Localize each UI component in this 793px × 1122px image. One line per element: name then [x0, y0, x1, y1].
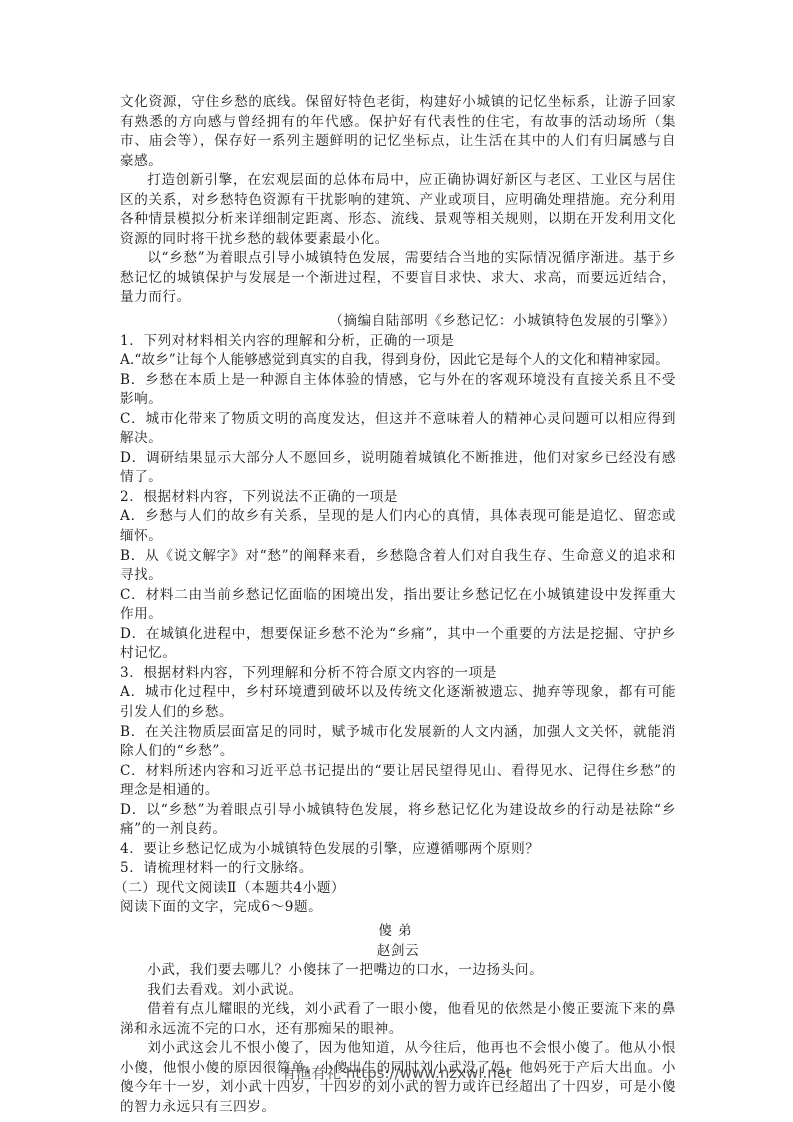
story-author: 赵剑云 [120, 942, 676, 962]
material-paragraph-3: 以“乡愁”为着眼点引导小城镇特色发展，需要结合当地的实际情况循序渐进。基于乡愁记… [120, 249, 676, 308]
story-paragraph-3: 借着有点儿耀眼的光线，刘小武看了一眼小傻，他看见的依然是小傻正要流下来的鼻涕和永… [120, 1000, 676, 1039]
question-4: 4．要让乡愁记忆成为小城镇特色发展的引擎，应遵循哪两个原则？ [120, 840, 676, 860]
citation: （摘编自陆部明《乡愁记忆：小城镇特色发展的引擎》） [120, 312, 676, 332]
option-c: C．材料二由当前乡愁记忆面临的困境出发，指出要让乡愁记忆在小城镇建设中发挥重大作… [120, 586, 676, 625]
option-c: C．城市化带来了物质文明的高度发达，但这并不意味着人的精神心灵问题可以相应得到解… [120, 410, 676, 449]
section-heading: （二）现代文阅读Ⅱ（本题共4小题） [114, 879, 676, 899]
material-paragraph-2: 打造创新引擎，在宏观层面的总体布局中，应正确协调好新区与老区、工业区与居住区的关… [120, 171, 676, 249]
option-d: D．以“乡愁”为着眼点引导小城镇特色发展，将乡愁记忆化为建设故乡的行动是祛除“乡… [120, 801, 676, 840]
question-1: 1．下列对材料相关内容的理解和分析，正确的一项是 A.“故乡”让每个人能够感觉到… [120, 332, 676, 488]
option-a: A.“故乡”让每个人能够感觉到真实的自我，得到身份，因此它是每个人的文化和精神家… [120, 351, 676, 371]
question-3: 3．根据材料内容，下列理解和分析不符合原文内容的一项是 A．城市化过程中，乡村环… [120, 664, 676, 840]
watermark-footer: 有渔有礼 https://www.nzxwl.net [0, 1062, 793, 1083]
question-stem: 3．根据材料内容，下列理解和分析不符合原文内容的一项是 [120, 664, 676, 684]
option-b: B．从《说文解字》对“愁”的阐释来看，乡愁隐含着人们对自我生存、生命意义的追求和… [120, 547, 676, 586]
document-page: 文化资源，守住乡愁的底线。保留好特色老街，构建好小城镇的记忆坐标系，让游子回家有… [120, 93, 676, 1117]
question-stem: 2．根据材料内容，下列说法不正确的一项是 [120, 488, 676, 508]
option-a: A．城市化过程中，乡村环境遭到破坏以及传统文化逐渐被遗忘、抛弃等现象，都有可能引… [120, 683, 676, 722]
question-5: 5．请梳理材料一的行文脉络。 [120, 859, 676, 879]
story-title: 傻弟 [120, 922, 676, 942]
question-2: 2．根据材料内容，下列说法不正确的一项是 A．乡愁与人们的故乡有关系，呈现的是人… [120, 488, 676, 664]
option-b: B．乡愁在本质上是一种源自主体体验的情感，它与外在的客观环境没有直接关系且不受影… [120, 371, 676, 410]
option-d: D．调研结果显示大部分人不愿回乡，说明随着城镇化不断推进，他们对家乡已经没有感情… [120, 449, 676, 488]
option-a: A．乡愁与人们的故乡有关系，呈现的是人们内心的真情，具体表现可能是追忆、留恋或缅… [120, 507, 676, 546]
question-stem: 1．下列对材料相关内容的理解和分析，正确的一项是 [120, 332, 676, 352]
section-instruction: 阅读下面的文字，完成6～9题。 [120, 898, 676, 918]
option-b: B．在关注物质层面富足的同时，赋予城市化发展新的人文内涵，加强人文关怀，就能消除… [120, 723, 676, 762]
story-paragraph-1: 小武，我们要去哪儿？小傻抹了一把嘴边的口水，一边扬头问。 [120, 961, 676, 981]
option-d: D．在城镇化进程中，想要保证乡愁不沦为“乡痛”，其中一个重要的方法是挖掘、守护乡… [120, 625, 676, 664]
story-paragraph-2: 我们去看戏。刘小武说。 [120, 981, 676, 1001]
option-c: C．材料所述内容和习近平总书记提出的“要让居民望得见山、看得见水、记得住乡愁”的… [120, 762, 676, 801]
material-paragraph-1: 文化资源，守住乡愁的底线。保留好特色老街，构建好小城镇的记忆坐标系，让游子回家有… [120, 93, 676, 171]
